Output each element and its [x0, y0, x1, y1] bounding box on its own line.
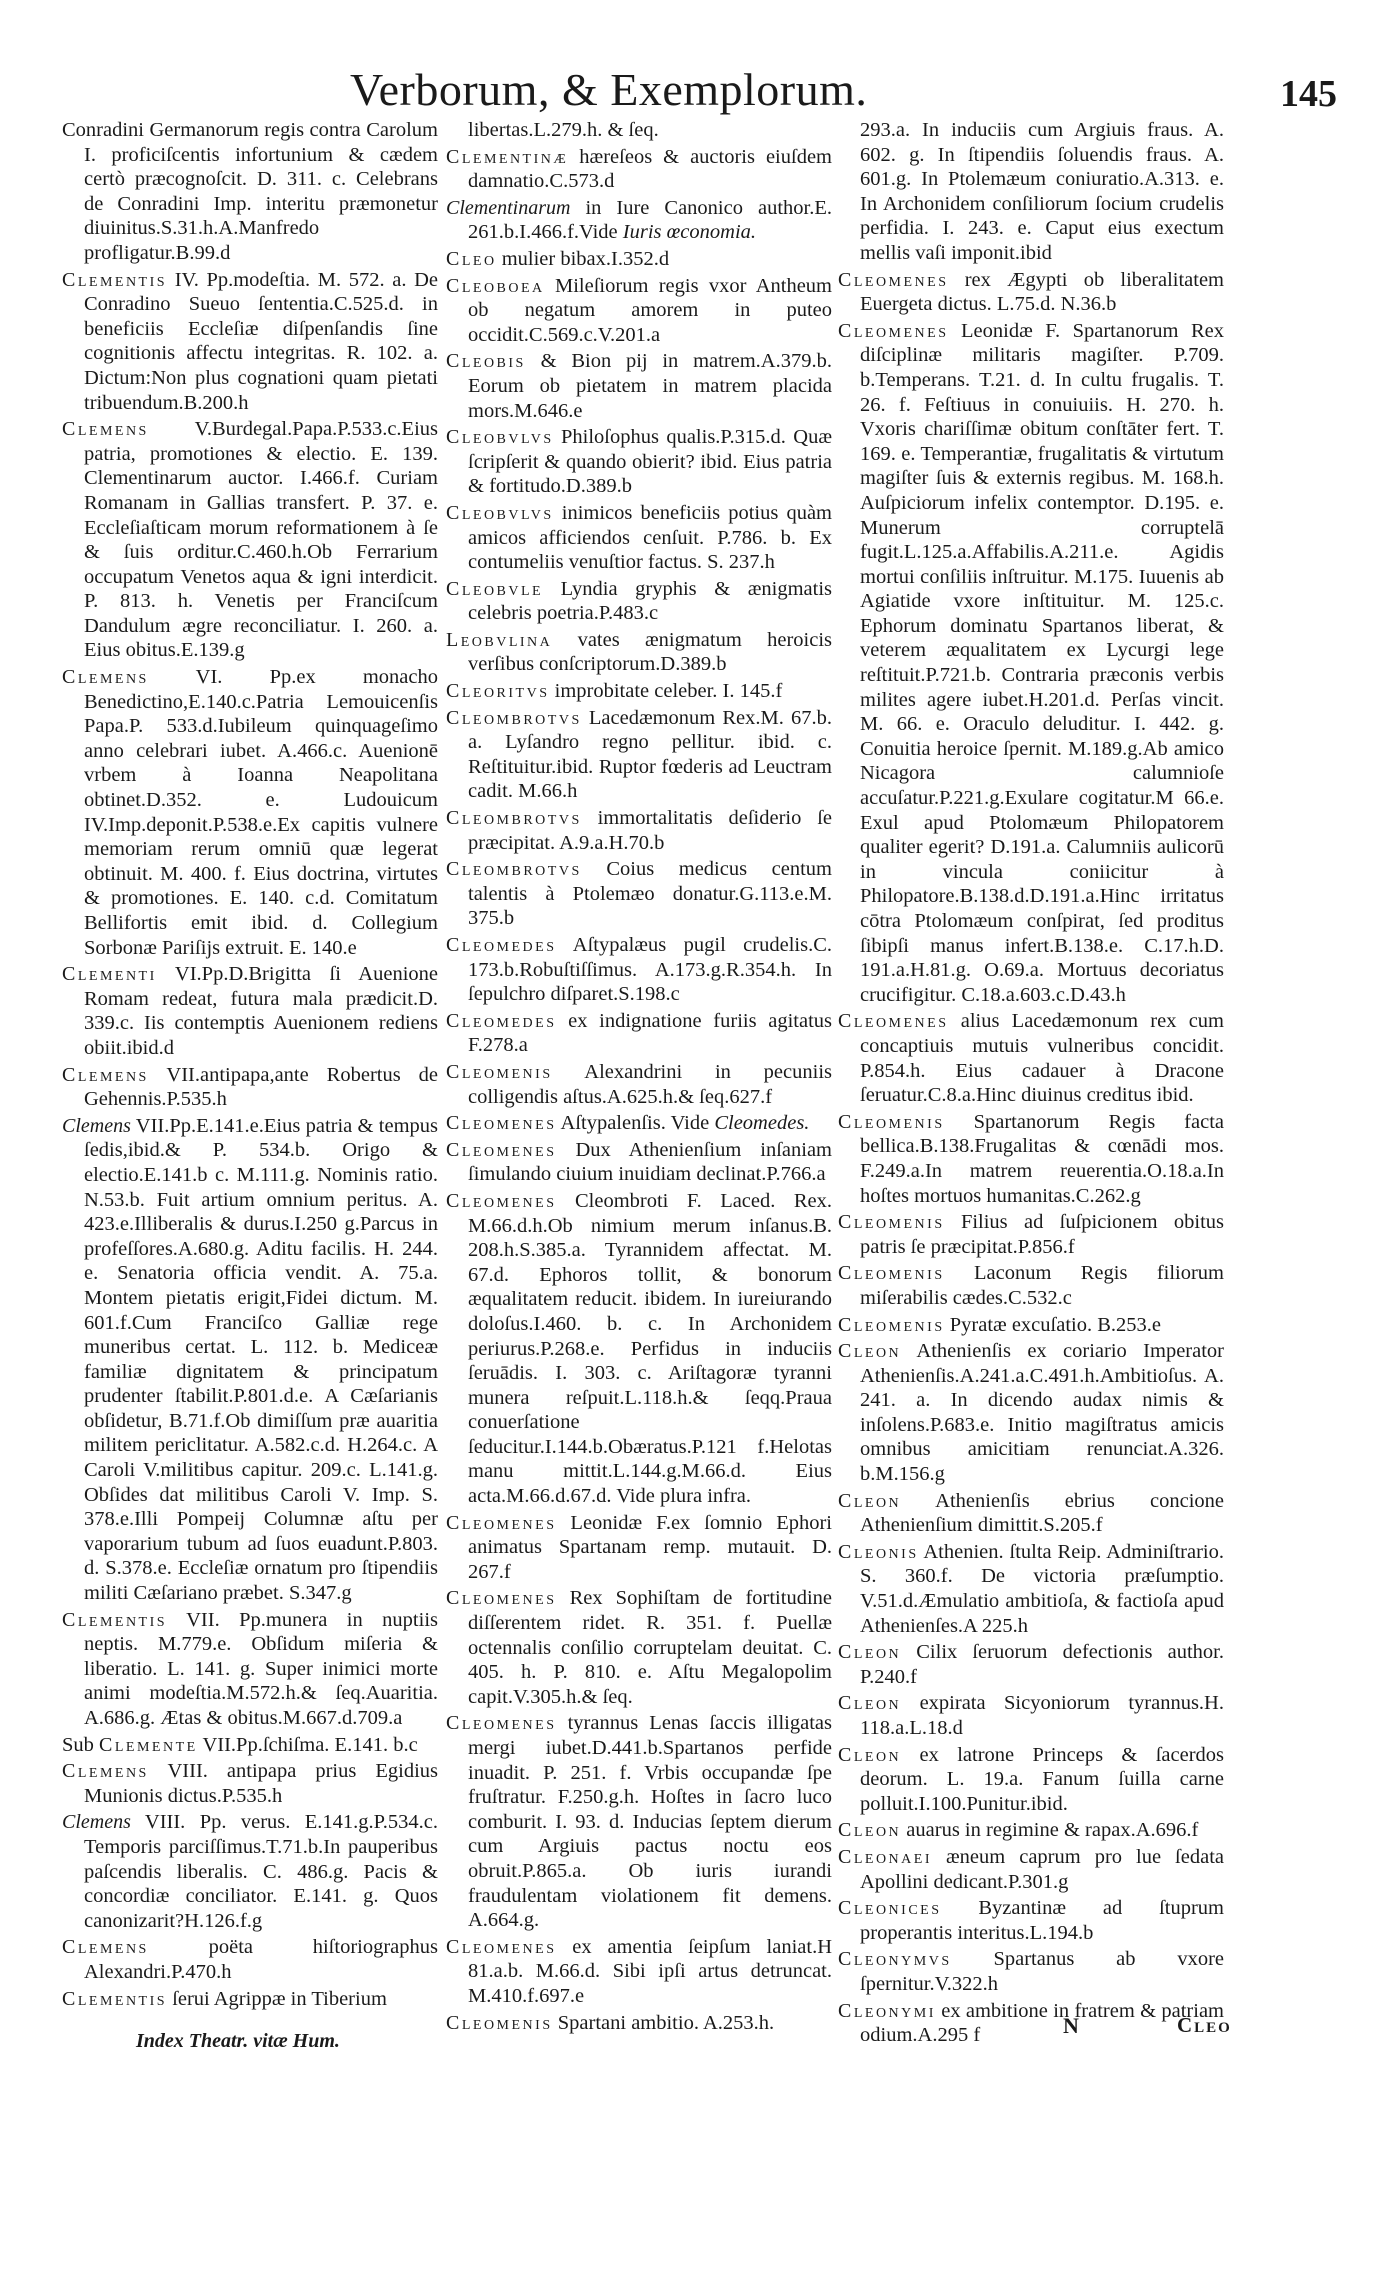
headword: Cleomenis [838, 1262, 945, 1284]
index-entry: Cleon auarus in regimine & rapax.A.696.f [838, 1818, 1224, 1843]
headword: Cleomenes [838, 269, 949, 291]
headword: Cleonis [838, 1541, 919, 1563]
index-entry: Cleobvle Lyndia gryphis & ænigmatis cele… [446, 577, 832, 626]
index-entry: Cleomenes Cleombroti F. Laced. Rex. M.66… [446, 1189, 832, 1509]
headword: Clementinæ [446, 146, 568, 168]
entry-text: tyrannus Lenas ſaccis illigatas mergi iu… [468, 1712, 832, 1931]
index-entry: Cleonymi ex ambitione in fratrem & patri… [838, 1999, 1224, 2048]
headword: Cleomedes [446, 934, 557, 956]
entry-text: ſerui Agrippæ in Tiberium [167, 1988, 387, 2010]
index-entry: Clementi VI.Pp.D.Brigitta ſi Auenione Ro… [62, 962, 438, 1060]
index-entry: Cleomenes alius Lacedæmonum rex cum conc… [838, 1009, 1224, 1107]
index-entry: Clemens VII.antipapa,ante Robertus de Ge… [62, 1063, 438, 1112]
headword: Cleomenes [446, 1587, 557, 1609]
entry-text: Athenienſis ex coriario Imperator Atheni… [860, 1340, 1224, 1485]
headword: Cleomenes [838, 1010, 949, 1032]
index-entry: Clemens poëta hiſtoriographus Alexandri.… [62, 1935, 438, 1984]
headword: Cleon [838, 1819, 901, 1841]
index-entry: Clemens VI. Pp.ex monacho Benedictino,E.… [62, 665, 438, 960]
index-entry: Cleomenes Dux Athenienſium inſaniam ſimu… [446, 1138, 832, 1187]
page-number: 145 [1280, 64, 1337, 124]
index-entry: Cleon Athenienſis ex coriario Imperator … [838, 1339, 1224, 1487]
headword: Cleomenes [446, 1936, 557, 1958]
index-entry: Cleomenis Alexandrini in pecuniis collig… [446, 1060, 832, 1109]
index-entry: Conradini Germanorum regis contra Carolu… [62, 118, 438, 266]
headword: Cleomenes [446, 1512, 557, 1534]
index-entry: Clemens VIII. antipapa prius Egidius Mun… [62, 1759, 438, 1808]
entry-text: libertas.L.279.h. & ſeq. [468, 119, 659, 141]
entry-text: ex latrone Princeps & ſacerdos deorum. L… [860, 1744, 1224, 1815]
headword: Cleomenes [838, 320, 949, 342]
headword: Cleon [838, 1490, 901, 1512]
index-entry: Cleomenis Pyratæ excuſatio. B.253.e [838, 1313, 1224, 1338]
entry-text: auarus in regimine & rapax.A.696.f [901, 1819, 1198, 1841]
index-entry: Cleobvlvs inimicos beneficiis potius quà… [446, 501, 832, 575]
index-entry: Cleomenis Spartani ambitio. A.253.h. [446, 2011, 832, 2036]
index-entry: Cleon expirata Sicyoniorum tyrannus.H. 1… [838, 1691, 1224, 1740]
headword: Clemens [62, 1811, 131, 1833]
index-entry: Cleomenis Laconum Regis filiorum miſerab… [838, 1261, 1224, 1310]
index-entry: Cleomenes Leonidæ F.ex ſomnio Ephori ani… [446, 1511, 832, 1585]
headword: Leobvlina [446, 629, 552, 651]
headword-prefix: Sub [62, 1734, 99, 1756]
headword: Clemens [62, 1115, 131, 1137]
index-entry: Cleobis & Bion pij in matrem.A.379.b. Eo… [446, 349, 832, 423]
index-entry: Cleomenes Rex Sophiſtam de fortitudine d… [446, 1586, 832, 1709]
entry-text: Cilix ſeruorum defectionis author. P.240… [860, 1641, 1224, 1688]
index-entry: Cleomenes rex Ægypti ob liberalitatem Eu… [838, 268, 1224, 317]
cross-reference: Iuris œconomia. [623, 221, 756, 243]
entry-text: 293.a. In induciis cum Argiuis fraus. A.… [860, 119, 1224, 264]
headword: Cleomenis [446, 2012, 553, 2034]
index-entry: Cleombrotvs immortalitatis deſiderio ſe … [446, 806, 832, 855]
headword: Cleomenes [446, 1190, 557, 1212]
headword: Cleonices [838, 1897, 942, 1919]
index-entry: Cleomedes ex indignatione furiis agitatu… [446, 1009, 832, 1058]
headword: Clementis [62, 1609, 167, 1631]
index-entry: Cleomenes tyrannus Lenas ſaccis illigata… [446, 1711, 832, 1932]
headword: Cleomenis [838, 1111, 945, 1133]
index-entry: Cleon ex latrone Princeps & ſacerdos deo… [838, 1743, 1224, 1817]
entry-text: mulier bibax.I.352.d [497, 248, 670, 270]
running-title: Verborum, & Exemplorum. [350, 60, 867, 120]
footer-book-title: Index Theatr. vitæ Hum. [136, 2030, 340, 2053]
headword: Cleonymvs [838, 1948, 952, 1970]
headword: Cleon [838, 1340, 901, 1362]
index-entry: Cleomenis Filius ad ſuſpicionem obitus p… [838, 1210, 1224, 1259]
headword: Clemens [62, 1760, 149, 1782]
index-entry: Clementis VII. Pp.munera in nuptiis nept… [62, 1608, 438, 1731]
entry-text: Leonidæ F. Spartanorum Rex diſciplinæ mi… [860, 320, 1224, 1006]
index-column-left: Conradini Germanorum regis contra Carolu… [62, 118, 438, 2013]
headword: Cleobis [446, 350, 526, 372]
headword: Clemens [62, 666, 149, 688]
index-entry: Cleoritvs improbitate celeber. I. 145.f [446, 679, 832, 704]
entry-text: VIII. Pp. verus. E.141.g.P.534.c. Tempor… [84, 1811, 438, 1931]
headword: Cleomenis [838, 1211, 945, 1233]
headword: Cleomenes [446, 1112, 557, 1134]
entry-text: Athenienſis ebrius concione Athenienſium… [860, 1490, 1224, 1537]
entry-text: VI. Pp.ex monacho Benedictino,E.140.c.Pa… [84, 666, 438, 959]
headword: Cleobvlvs [446, 426, 554, 448]
headword: Cleobvlvs [446, 502, 554, 524]
index-entry: Cleombrotvs Lacedæmonum Rex.M. 67.b. a. … [446, 706, 832, 804]
entry-text: improbitate celeber. I. 145.f [550, 680, 783, 702]
index-entry: libertas.L.279.h. & ſeq. [446, 118, 832, 143]
index-entry: Cleoboea Mileſiorum regis vxor Antheum o… [446, 274, 832, 348]
headword: Cleon [838, 1641, 901, 1663]
index-entry: Clementinæ hæreſeos & auctoris eiuſdem d… [446, 145, 832, 194]
headword: Clementis [62, 1988, 167, 2010]
running-head: Verborum, & Exemplorum. 145 [0, 60, 1399, 120]
headword: Cleonaei [838, 1846, 932, 1868]
headword: Clemente [99, 1734, 198, 1756]
entry-text: Conradini Germanorum regis contra Carolu… [62, 119, 438, 264]
index-entry: Clementis IV. Pp.modeſtia. M. 572. a. De… [62, 268, 438, 416]
index-entry: Cleomenes ex amentia ſeipſum laniat.H 81… [446, 1935, 832, 2009]
headword: Clemens [62, 418, 149, 440]
entry-text: expirata Sicyoniorum tyrannus.H. 118.a.L… [860, 1692, 1224, 1739]
headword: Cleomenis [446, 1061, 553, 1083]
index-entry: Cleonices Byzantinæ ad ſtuprum properant… [838, 1896, 1224, 1945]
entry-text: VII.Pp.E.141.e.Eius patria & tempus ſedi… [84, 1115, 438, 1604]
index-entry: Cleon Athenienſis ebrius concione Atheni… [838, 1489, 1224, 1538]
index-entry: Cleo mulier bibax.I.352.d [446, 247, 832, 272]
index-column-right: 293.a. In induciis cum Argiuis fraus. A.… [838, 118, 1224, 2050]
headword: Cleoboea [446, 275, 545, 297]
index-entry: Clemens VII.Pp.E.141.e.Eius patria & tem… [62, 1114, 438, 1606]
index-entry: Clementinarum in Iure Canonico author.E.… [446, 196, 832, 245]
signature-mark: N [1063, 2013, 1079, 2039]
index-entry: Cleobvlvs Philoſophus qualis.P.315.d. Qu… [446, 425, 832, 499]
entry-text: Pyratæ excuſatio. B.253.e [945, 1314, 1161, 1336]
headword: Cleon [838, 1744, 901, 1766]
headword: Cleo [446, 248, 497, 270]
entry-text: Aſtypalenſis. Vide [557, 1112, 715, 1134]
headword: Cleomenes [446, 1139, 557, 1161]
index-entry: Cleonaei æneum caprum pro lue ſedata Apo… [838, 1845, 1224, 1894]
index-entry: Clementis ſerui Agrippæ in Tiberium [62, 1987, 438, 2012]
index-entry: Leobvlina vates ænigmatum heroicis verſi… [446, 628, 832, 677]
index-entry: Cleomenes Leonidæ F. Spartanorum Rex diſ… [838, 319, 1224, 1008]
entry-text: VII.Pp.ſchiſma. E.141. b.c [198, 1734, 418, 1756]
index-entry: Cleonis Athenien. ſtulta Reip. Adminiſtr… [838, 1540, 1224, 1638]
entry-text: Cleombroti F. Laced. Rex. M.66.d.h.Ob ni… [468, 1190, 832, 1507]
catchword: Cleo [1177, 2013, 1232, 2038]
headword: Clementis [62, 269, 167, 291]
headword: Cleonymi [838, 2000, 936, 2022]
headword: Cleombrotvs [446, 707, 582, 729]
index-column-middle: libertas.L.279.h. & ſeq.Clementinæ hæreſ… [446, 118, 832, 2037]
index-entry: Cleomedes Aſtypalæus pugil crudelis.C. 1… [446, 933, 832, 1007]
headword: Cleomedes [446, 1010, 557, 1032]
entry-text: Spartani ambitio. A.253.h. [553, 2012, 775, 2034]
entry-text: V.Burdegal.Papa.P.533.c.Eius patria, pro… [84, 418, 438, 661]
headword: Clemens [62, 1936, 149, 1958]
headword: Cleomenis [838, 1314, 945, 1336]
headword: Cleombrotvs [446, 807, 582, 829]
index-entry: 293.a. In induciis cum Argiuis fraus. A.… [838, 118, 1224, 266]
headword: Clemens [62, 1064, 149, 1086]
headword: Clementinarum [446, 197, 570, 219]
headword: Clementi [62, 963, 157, 985]
cross-reference: Cleomedes. [714, 1112, 809, 1134]
index-entry: Cleon Cilix ſeruorum defectionis author.… [838, 1640, 1224, 1689]
index-entry: Cleombrotvs Coius medicus centum talenti… [446, 857, 832, 931]
index-entry: Cleomenes Aſtypalenſis. Vide Cleomedes. [446, 1111, 832, 1136]
index-entry: Cleonymvs Spartanus ab vxore ſpernitur.V… [838, 1947, 1224, 1996]
headword: Cleon [838, 1692, 901, 1714]
index-entry: Sub Clemente VII.Pp.ſchiſma. E.141. b.c [62, 1733, 438, 1758]
headword: Cleomenes [446, 1712, 557, 1734]
index-entry: Cleomenis Spartanorum Regis facta bellic… [838, 1110, 1224, 1208]
headword: Cleombrotvs [446, 858, 582, 880]
index-entry: Clemens V.Burdegal.Papa.P.533.c.Eius pat… [62, 417, 438, 663]
headword: Cleobvle [446, 578, 543, 600]
headword: Cleoritvs [446, 680, 550, 702]
index-entry: Clemens VIII. Pp. verus. E.141.g.P.534.c… [62, 1810, 438, 1933]
